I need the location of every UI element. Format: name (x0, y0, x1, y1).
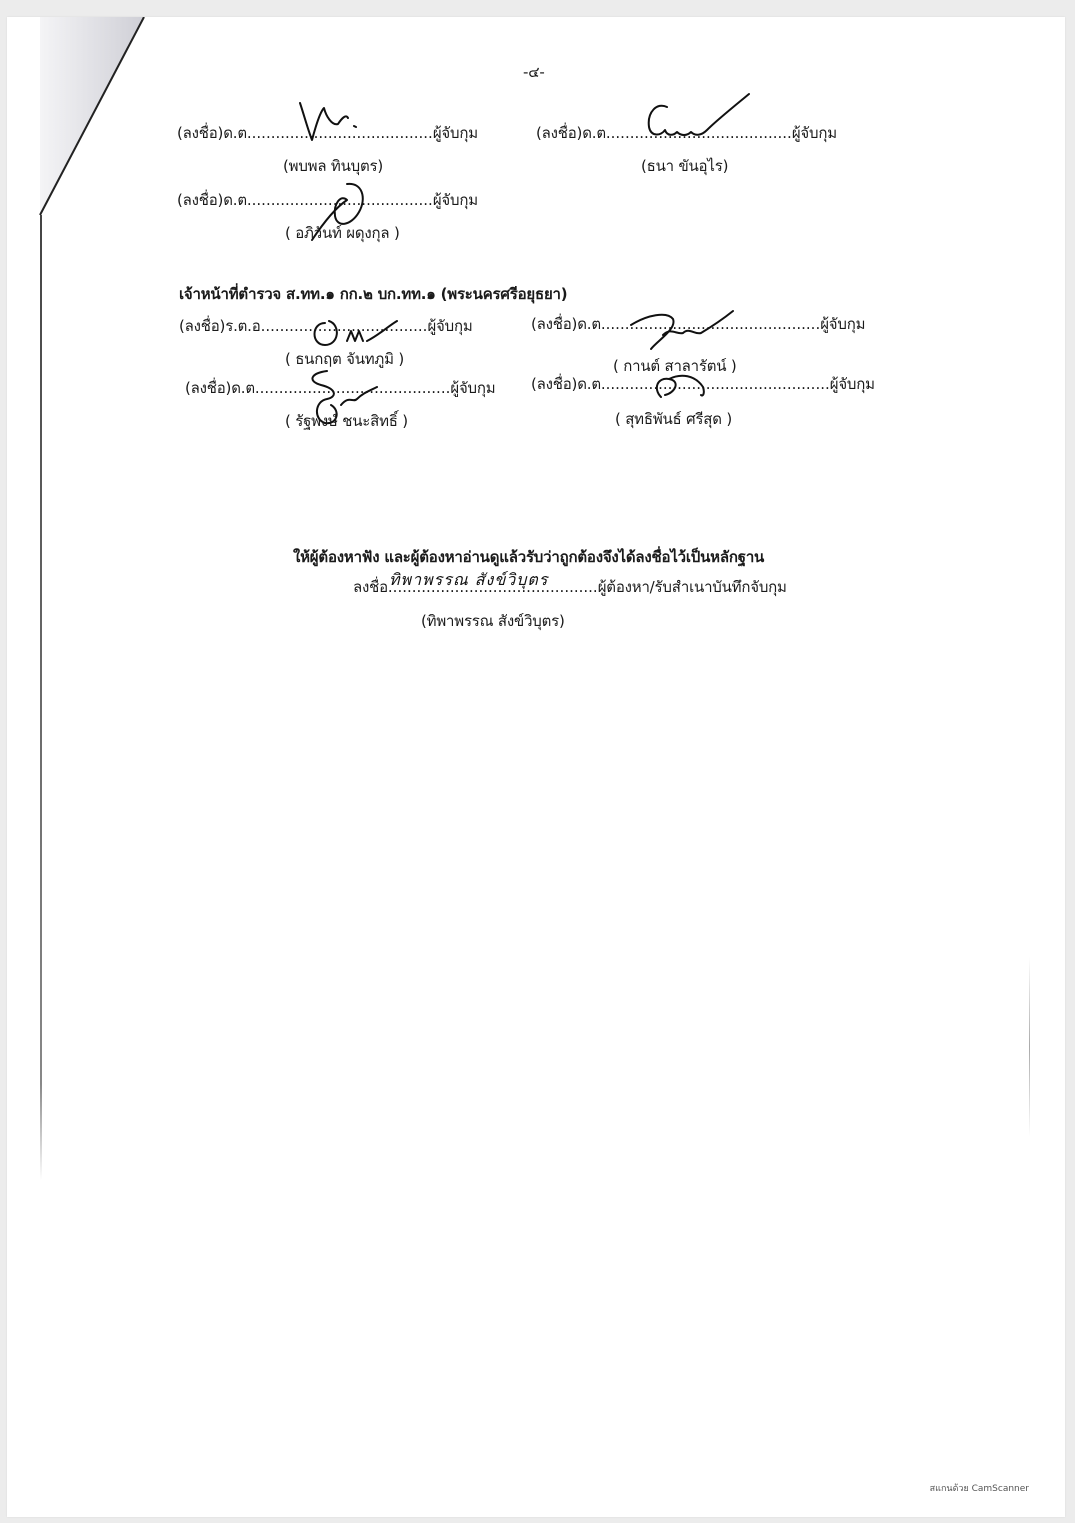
handwritten-signature (292, 100, 372, 145)
page-number: -๔- (523, 63, 545, 81)
accused-handwritten-signature: ทิพาพรรณ สังข์วิบุตร (389, 571, 548, 589)
officer-name: ( สุทธิพันธ์ ศรีสุด ) (615, 410, 732, 428)
officer-name: (ธนา ขันอุไร) (641, 157, 728, 175)
sign-prefix: ลงชื่อ (353, 578, 388, 596)
sign-prefix: (ลงชื่อ)ด.ต (177, 124, 247, 142)
sign-role: ผู้ต้องหา/รับสำเนาบันทึกจับกุม (598, 578, 787, 596)
officer-name: ( อภิวันท์ ผดุงกุล ) (285, 224, 400, 242)
handwritten-signature (647, 369, 727, 404)
right-edge-line (1029, 957, 1030, 1137)
sign-prefix: (ลงชื่อ)ด.ต (536, 124, 606, 142)
section-heading: เจ้าหน้าที่ตำรวจ ส.ทท.๑ กก.๒ บก.ทท.๑ (พร… (179, 285, 567, 303)
officer-name: ( ธนกฤต จันทภูมิ ) (285, 350, 404, 368)
left-edge-line (40, 215, 42, 1180)
sign-prefix: (ลงชื่อ)ด.ต (177, 191, 247, 209)
sign-role: ผู้จับกุม (450, 379, 495, 397)
handwritten-signature (637, 92, 757, 147)
sign-role: ผู้จับกุม (433, 124, 478, 142)
sign-prefix: (ลงชื่อ)ร.ต.อ (179, 317, 261, 335)
sign-role: ผู้จับกุม (830, 375, 875, 393)
folded-corner-shadow (7, 17, 147, 217)
handwritten-signature (627, 305, 747, 355)
sign-role: ผู้จับกุม (820, 315, 865, 333)
sign-role: ผู้จับกุม (433, 191, 478, 209)
accused-statement: ให้ผู้ต้องหาฟัง และผู้ต้องหาอ่านดูแล้วรั… (293, 548, 764, 566)
sign-prefix: (ลงชื่อ)ด.ต (531, 315, 601, 333)
document-page: -๔- (ลงชื่อ)ด.ต.........................… (7, 17, 1065, 1517)
sign-role: ผู้จับกุม (427, 317, 472, 335)
sign-role: ผู้จับกุม (792, 124, 837, 142)
officer-name: ( รัฐพงษ์ ชนะสิทธิ์ ) (285, 412, 408, 430)
accused-name: (ทิพาพรรณ สังข์วิบุตร) (421, 612, 565, 630)
sign-prefix: (ลงชื่อ)ด.ต (185, 379, 255, 397)
camscanner-watermark: สแกนด้วย CamScanner (930, 1481, 1029, 1495)
sign-prefix: (ลงชื่อ)ด.ต (531, 375, 601, 393)
officer-name: (พบพล ทินบุตร) (283, 157, 383, 175)
handwritten-signature (307, 313, 407, 353)
